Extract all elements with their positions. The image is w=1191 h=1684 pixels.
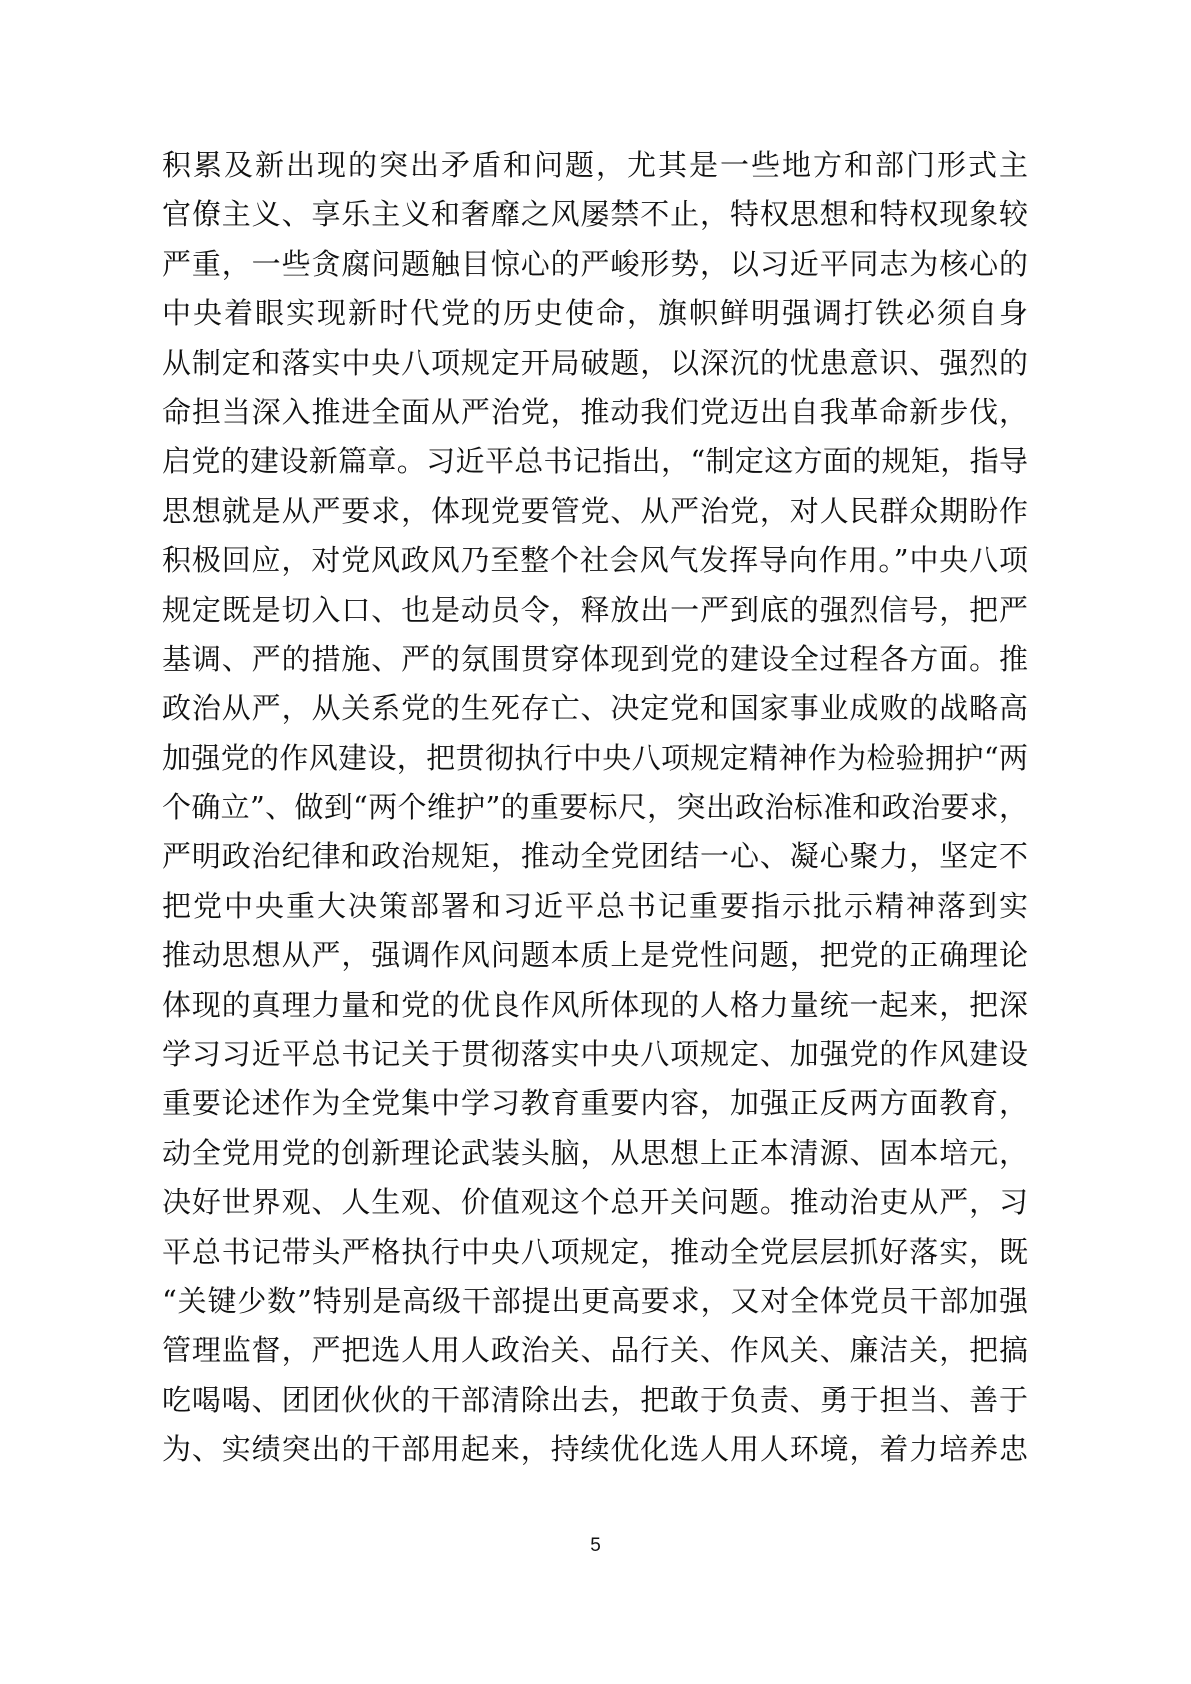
text-line: 从制定和落实中央八项规定开局破题，以深沉的忧患意识、强烈的使 (162, 339, 1028, 388)
text-line: 为、实绩突出的干部用起来，持续优化选人用人环境，着力培养忠诚 (162, 1425, 1028, 1474)
text-line: 把党中央重大决策部署和习近平总书记重要指示批示精神落到实处。 (162, 882, 1028, 931)
text-line: 积累及新出现的突出矛盾和问题，尤其是一些地方和部门形式主义、 (162, 141, 1028, 190)
text-line: 官僚主义、享乐主义和奢靡之风屡禁不止，特权思想和特权现象较为 (162, 190, 1028, 239)
page-number: 5 (0, 1534, 1191, 1558)
text-line: 个确立”、做到“两个维护”的重要标尺，突出政治标准和政治要求， (162, 783, 1028, 832)
text-line: 吃喝喝、团团伙伙的干部清除出去，把敢于负责、勇于担当、善于作 (162, 1376, 1028, 1425)
text-line: 学习习近平总书记关于贯彻落实中央八项规定、加强党的作风建设的 (162, 1030, 1028, 1079)
text-line: “关键少数”特别是高级干部提出更高要求，又对全体党员干部加强 (162, 1277, 1028, 1326)
text-line: 管理监督，严把选人用人政治关、品行关、作风关、廉洁关，把搞吃 (162, 1326, 1028, 1375)
text-line: 基调、严的措施、严的氛围贯穿体现到党的建设全过程各方面。推动 (162, 635, 1028, 684)
text-line: 推动思想从严，强调作风问题本质上是党性问题，把党的正确理论所 (162, 931, 1028, 980)
text-line: 加强党的作风建设，把贯彻执行中央八项规定精神作为检验拥护“两 (162, 734, 1028, 783)
document-page: 积累及新出现的突出矛盾和问题，尤其是一些地方和部门形式主义、 官僚主义、享乐主义… (0, 0, 1191, 1684)
text-line: 启党的建设新篇章。习近平总书记指出，“制定这方面的规矩，指导 (162, 437, 1028, 486)
text-line: 严重，一些贪腐问题触目惊心的严峻形势，以习近平同志为核心的党 (162, 240, 1028, 289)
text-line: 体现的真理力量和党的优良作风所体现的人格力量统一起来，把深入 (162, 981, 1028, 1030)
text-line: 平总书记带头严格执行中央八项规定，推动全党层层抓好落实，既对 (162, 1228, 1028, 1277)
text-line: 中央着眼实现新时代党的历史使命，旗帜鲜明强调打铁必须自身硬， (162, 289, 1028, 338)
text-line: 重要论述作为全党集中学习教育重要内容，加强正反两方面教育，推 (162, 1079, 1028, 1128)
text-line: 思想就是从严要求，体现党要管党、从严治党，对人民群众期盼作出 (162, 487, 1028, 536)
text-line: 严明政治纪律和政治规矩，推动全党团结一心、凝心聚力，坚定不移 (162, 832, 1028, 881)
text-line: 命担当深入推进全面从严治党，推动我们党迈出自我革命新步伐，开 (162, 388, 1028, 437)
text-line: 积极回应，对党风政风乃至整个社会风气发挥导向作用。”中央八项 (162, 536, 1028, 585)
text-line: 决好世界观、人生观、价值观这个总开关问题。推动治吏从严，习近 (162, 1178, 1028, 1227)
text-line: 规定既是切入口、也是动员令，释放出一严到底的强烈信号，把严的 (162, 586, 1028, 635)
body-text: 积累及新出现的突出矛盾和问题，尤其是一些地方和部门形式主义、 官僚主义、享乐主义… (162, 141, 1028, 1475)
text-line: 政治从严，从关系党的生死存亡、决定党和国家事业成败的战略高度 (162, 684, 1028, 733)
text-line: 动全党用党的创新理论武装头脑，从思想上正本清源、固本培元，解 (162, 1129, 1028, 1178)
